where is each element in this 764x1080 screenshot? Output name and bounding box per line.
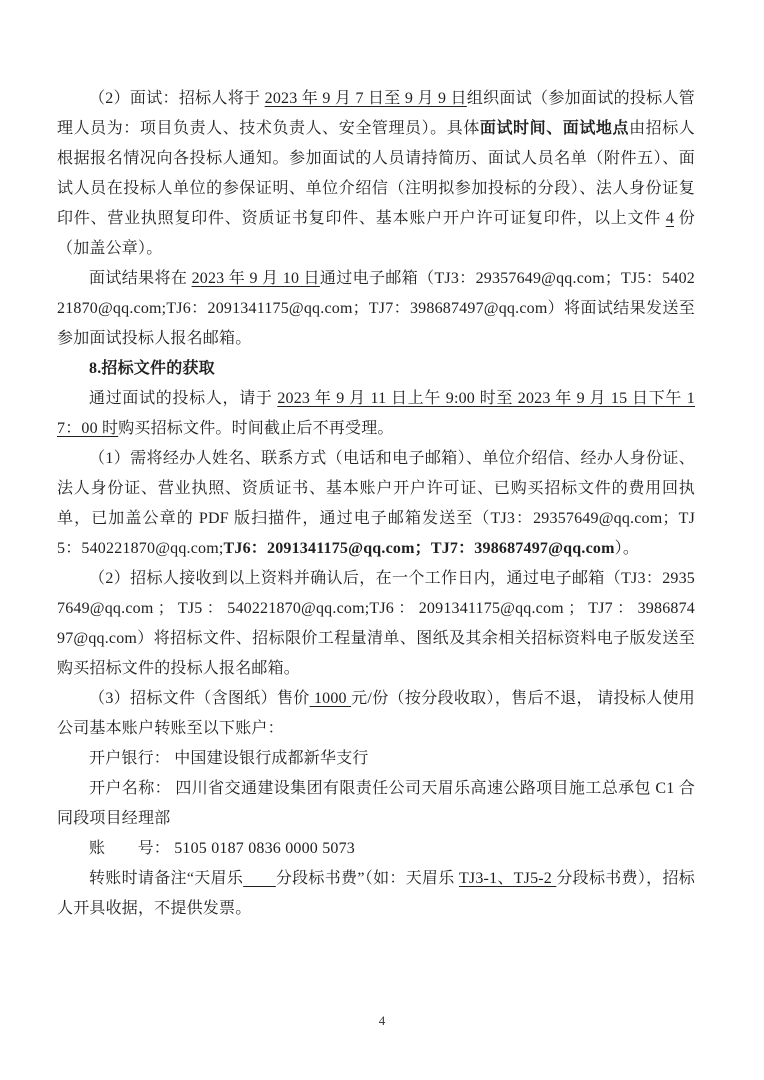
text-run: 面试结果将在 — [89, 270, 192, 287]
text-run: 4 — [666, 210, 674, 227]
para-interview-arrangement: （2）面试：招标人将于 2023 年 9 月 7 日至 9 月 9 日组织面试（… — [57, 84, 695, 264]
text-run — [243, 870, 276, 887]
text-run: TJ6：2091341175@qq.com；TJ7：398687497@qq.c… — [224, 540, 615, 557]
heading-section-8: 8.招标文件的获取 — [57, 354, 695, 384]
text-run: 分段标书费”（如：天眉乐 — [276, 870, 459, 887]
text-run: 通过面试的投标人，请于 — [89, 390, 277, 407]
para-account-name: 开户名称： 四川省交通建设集团有限责任公司天眉乐高速公路项目施工总承包 C1 合… — [57, 774, 695, 834]
page-footer: 4 — [0, 1012, 764, 1030]
para-purchase-time: 通过面试的投标人，请于 2023 年 9 月 11 日上午 9:00 时至 20… — [57, 384, 695, 444]
text-run: 2023 年 9 月 10 日 — [192, 270, 320, 287]
para-item-1: （1）需将经办人姓名、联系方式（电话和电子邮箱）、单位介绍信、经办人身份证、法人… — [57, 444, 695, 564]
para-transfer-remark: 转账时请备注“天眉乐 分段标书费”（如：天眉乐 TJ3-1、TJ5-2 分段标书… — [57, 864, 695, 924]
text-run: （3）招标文件（含图纸）售价 — [89, 690, 310, 707]
para-account-number: 账 号： 5105 0187 0836 0000 5073 — [57, 834, 695, 864]
document-page: （2）面试：招标人将于 2023 年 9 月 7 日至 9 月 9 日组织面试（… — [0, 0, 764, 1080]
text-run: 购买招标文件。时间截止后不再受理。 — [118, 420, 393, 437]
text-run: ）。 — [615, 540, 639, 557]
para-interview-result: 面试结果将在 2023 年 9 月 10 日通过电子邮箱（TJ3：2935764… — [57, 264, 695, 354]
text-run: 1000 — [310, 690, 351, 707]
text-run: （2）招标人接收到以上资料并确认后，在一个工作日内，通过电子邮箱（TJ3：293… — [57, 570, 695, 677]
text-run: 8.招标文件的获取 — [89, 360, 215, 377]
para-bank-name: 开户银行： 中国建设银行成都新华支行 — [57, 744, 695, 774]
para-item-3: （3）招标文件（含图纸）售价 1000 元/份（按分段收取），售后不退， 请投标… — [57, 684, 695, 744]
text-run: 2023 年 9 月 7 日至 9 月 9 日 — [265, 90, 467, 107]
page-number: 4 — [379, 1013, 386, 1028]
text-run: （2）面试：招标人将于 — [89, 90, 265, 107]
text-run: 面试时间、面试地点 — [480, 120, 629, 137]
para-item-2: （2）招标人接收到以上资料并确认后，在一个工作日内，通过电子邮箱（TJ3：293… — [57, 564, 695, 684]
text-run: 账 号： 5105 0187 0836 0000 5073 — [89, 840, 355, 857]
text-run: TJ3-1、TJ5-2 — [459, 870, 556, 887]
text-run: 开户名称： 四川省交通建设集团有限责任公司天眉乐高速公路项目施工总承包 C1 合… — [57, 780, 695, 827]
text-run: 转账时请备注“天眉乐 — [89, 870, 243, 887]
document-body: （2）面试：招标人将于 2023 年 9 月 7 日至 9 月 9 日组织面试（… — [57, 84, 695, 924]
text-run: 开户银行： 中国建设银行成都新华支行 — [89, 750, 369, 767]
